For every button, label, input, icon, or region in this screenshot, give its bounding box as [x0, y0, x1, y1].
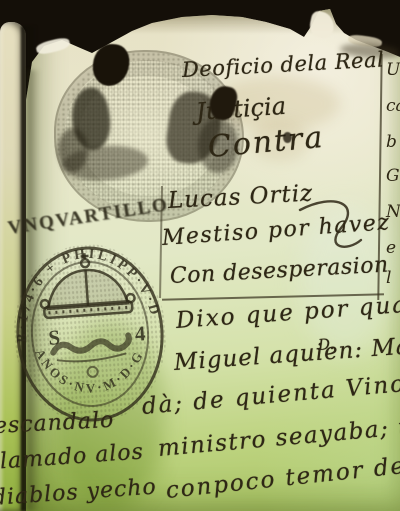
margin-fragment: ca — [386, 96, 400, 116]
margin-fragment: b — [386, 132, 397, 152]
margin-fragment: U — [386, 60, 400, 80]
margin-fragment: e — [386, 238, 396, 258]
manuscript-photo: VNQVARTILLO B·174·6 + PHILIPP·V·D ANOS·N… — [0, 0, 400, 511]
margin-fragment: N — [386, 202, 400, 222]
margin-fragment: G — [386, 166, 400, 186]
margin-fragment: l — [386, 268, 391, 288]
